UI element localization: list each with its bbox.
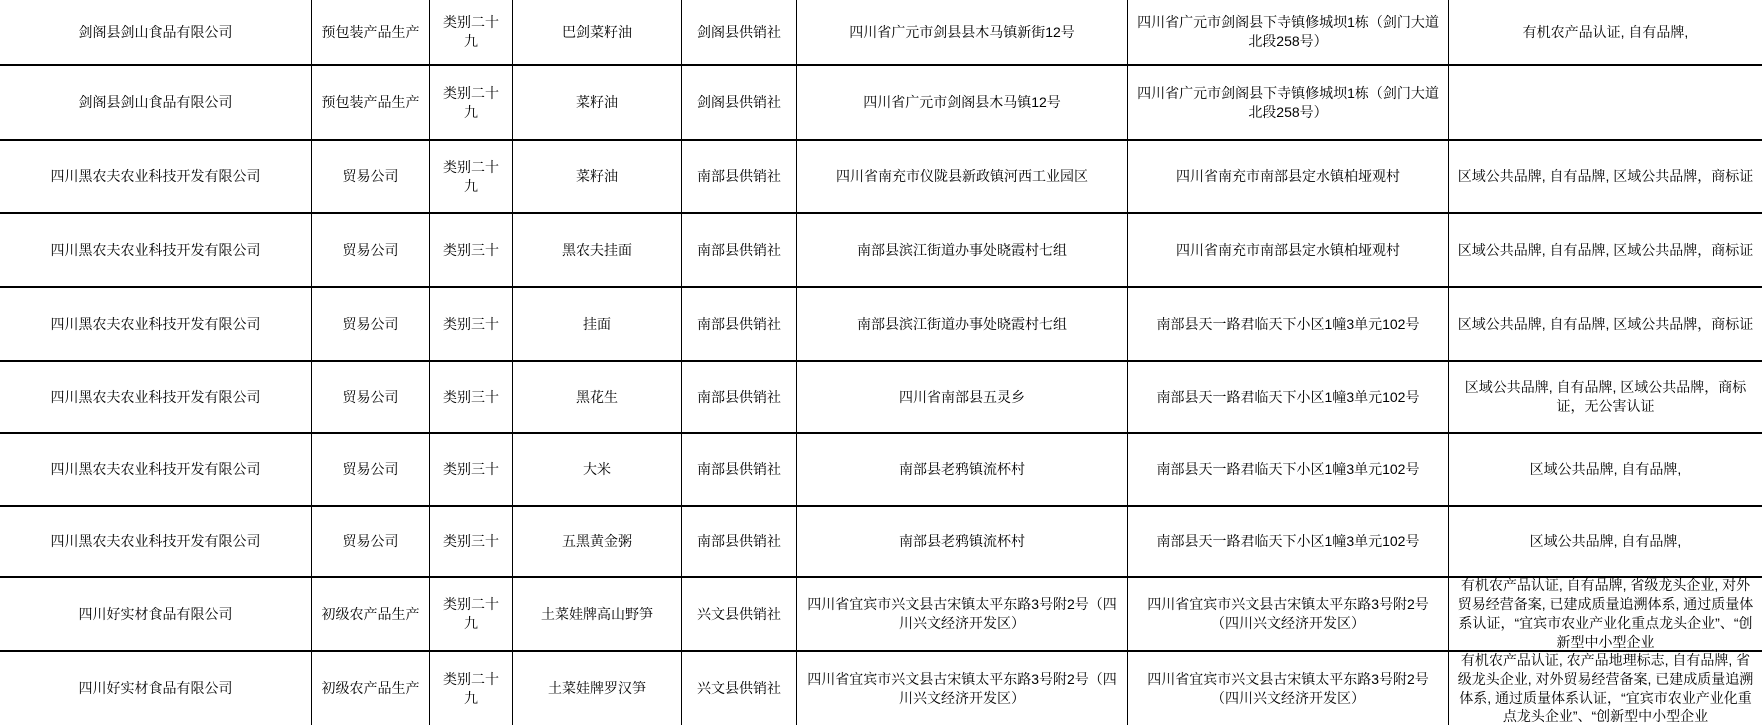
cell-cooperative: 南部县供销社 <box>682 141 797 212</box>
cell-certifications: 有机农产品认证, 自有品牌, 省级龙头企业, 对外贸易经营备案, 已建成质量追溯… <box>1449 578 1762 650</box>
cell-product-name: 菜籽油 <box>513 66 682 139</box>
cell-certifications: 区域公共品牌, 自有品牌, <box>1449 434 1762 505</box>
cell-product-name: 五黑黄金粥 <box>513 507 682 576</box>
cell-company: 四川黑农夫农业科技开发有限公司 <box>0 141 312 212</box>
cell-address-1: 四川省广元市剑阁县木马镇12号 <box>797 66 1128 139</box>
cell-address-1: 四川省广元市剑县县木马镇新街12号 <box>797 0 1128 64</box>
cell-company: 四川黑农夫农业科技开发有限公司 <box>0 288 312 360</box>
cell-certifications: 区域公共品牌, 自有品牌, 区域公共品牌，商标证，无公害认证 <box>1449 362 1762 432</box>
table-row: 四川黑农夫农业科技开发有限公司贸易公司类别三十黑农夫挂面南部县供销社南部县滨江街… <box>0 214 1762 288</box>
table-row: 四川黑农夫农业科技开发有限公司贸易公司类别三十黑花生南部县供销社四川省南部县五灵… <box>0 362 1762 434</box>
cell-category: 类别三十 <box>430 288 513 360</box>
cell-product-name: 土菜娃牌罗汉笋 <box>513 652 682 725</box>
cell-product-name: 巴剑菜籽油 <box>513 0 682 64</box>
cell-address-1: 南部县老鸦镇流杯村 <box>797 434 1128 505</box>
cell-address-1: 南部县老鸦镇流杯村 <box>797 507 1128 576</box>
cell-address-2: 四川省南充市南部县定水镇柏垭观村 <box>1128 141 1449 212</box>
cell-address-1: 南部县滨江街道办事处晓霞村七组 <box>797 214 1128 286</box>
table-row: 四川黑农夫农业科技开发有限公司贸易公司类别二十九菜籽油南部县供销社四川省南充市仪… <box>0 141 1762 214</box>
cell-address-2: 四川省宜宾市兴文县古宋镇太平东路3号附2号（四川兴文经济开发区） <box>1128 652 1449 725</box>
cell-production-type: 预包装产品生产 <box>312 0 430 64</box>
cell-company: 四川黑农夫农业科技开发有限公司 <box>0 214 312 286</box>
cell-production-type: 贸易公司 <box>312 507 430 576</box>
cell-cooperative: 兴文县供销社 <box>682 578 797 650</box>
table-row: 四川黑农夫农业科技开发有限公司贸易公司类别三十挂面南部县供销社南部县滨江街道办事… <box>0 288 1762 362</box>
cell-category: 类别三十 <box>430 214 513 286</box>
cell-production-type: 贸易公司 <box>312 214 430 286</box>
cell-company: 四川好实材食品有限公司 <box>0 652 312 725</box>
cell-address-1: 四川省宜宾市兴文县古宋镇太平东路3号附2号（四川兴文经济开发区） <box>797 578 1128 650</box>
cell-cooperative: 南部县供销社 <box>682 214 797 286</box>
cell-production-type: 贸易公司 <box>312 288 430 360</box>
cell-product-name: 挂面 <box>513 288 682 360</box>
cell-address-2: 四川省广元市剑阁县下寺镇修城坝1栋（剑门大道北段258号） <box>1128 0 1449 64</box>
cell-certifications: 区域公共品牌, 自有品牌, 区域公共品牌，商标证 <box>1449 288 1762 360</box>
cell-company: 四川黑农夫农业科技开发有限公司 <box>0 362 312 432</box>
cell-company: 四川好实材食品有限公司 <box>0 578 312 650</box>
cell-product-name: 大米 <box>513 434 682 505</box>
cell-address-2: 南部县天一路君临天下小区1幢3单元102号 <box>1128 434 1449 505</box>
cell-company: 剑阁县剑山食品有限公司 <box>0 0 312 64</box>
cell-address-2: 南部县天一路君临天下小区1幢3单元102号 <box>1128 288 1449 360</box>
cell-category: 类别二十九 <box>430 141 513 212</box>
cell-company: 四川黑农夫农业科技开发有限公司 <box>0 507 312 576</box>
cell-category: 类别三十 <box>430 362 513 432</box>
cell-cooperative: 南部县供销社 <box>682 507 797 576</box>
cell-production-type: 初级农产品生产 <box>312 578 430 650</box>
table-row: 剑阁县剑山食品有限公司预包装产品生产类别二十九菜籽油剑阁县供销社四川省广元市剑阁… <box>0 66 1762 141</box>
cell-address-2: 四川省广元市剑阁县下寺镇修城坝1栋（剑门大道北段258号） <box>1128 66 1449 139</box>
cell-category: 类别二十九 <box>430 652 513 725</box>
cell-product-name: 黑花生 <box>513 362 682 432</box>
cell-cooperative: 南部县供销社 <box>682 362 797 432</box>
products-table: 剑阁县剑山食品有限公司预包装产品生产类别二十九巴剑菜籽油剑阁县供销社四川省广元市… <box>0 0 1762 725</box>
cell-address-1: 四川省南部县五灵乡 <box>797 362 1128 432</box>
cell-certifications: 区域公共品牌, 自有品牌, 区域公共品牌，商标证 <box>1449 141 1762 212</box>
cell-production-type: 贸易公司 <box>312 434 430 505</box>
cell-product-name: 土菜娃牌高山野笋 <box>513 578 682 650</box>
cell-cooperative: 南部县供销社 <box>682 434 797 505</box>
cell-address-2: 四川省南充市南部县定水镇柏垭观村 <box>1128 214 1449 286</box>
table-row: 四川黑农夫农业科技开发有限公司贸易公司类别三十大米南部县供销社南部县老鸦镇流杯村… <box>0 434 1762 507</box>
cell-production-type: 初级农产品生产 <box>312 652 430 725</box>
table-row: 剑阁县剑山食品有限公司预包装产品生产类别二十九巴剑菜籽油剑阁县供销社四川省广元市… <box>0 0 1762 66</box>
cell-company: 剑阁县剑山食品有限公司 <box>0 66 312 139</box>
cell-certifications: 区域公共品牌, 自有品牌, <box>1449 507 1762 576</box>
cell-cooperative: 兴文县供销社 <box>682 652 797 725</box>
table-row: 四川好实材食品有限公司初级农产品生产类别二十九土菜娃牌罗汉笋兴文县供销社四川省宜… <box>0 652 1762 725</box>
cell-category: 类别二十九 <box>430 66 513 139</box>
cell-address-2: 四川省宜宾市兴文县古宋镇太平东路3号附2号（四川兴文经济开发区） <box>1128 578 1449 650</box>
cell-address-1: 四川省南充市仪陇县新政镇河西工业园区 <box>797 141 1128 212</box>
cell-certifications: 有机农产品认证, 农产品地理标志, 自有品牌, 省级龙头企业, 对外贸易经营备案… <box>1449 652 1762 725</box>
cell-certifications: 有机农产品认证, 自有品牌, <box>1449 0 1762 64</box>
cell-production-type: 贸易公司 <box>312 362 430 432</box>
cell-certifications <box>1449 66 1762 139</box>
cell-cooperative: 剑阁县供销社 <box>682 0 797 64</box>
cell-production-type: 预包装产品生产 <box>312 66 430 139</box>
cell-cooperative: 南部县供销社 <box>682 288 797 360</box>
cell-address-1: 四川省宜宾市兴文县古宋镇太平东路3号附2号（四川兴文经济开发区） <box>797 652 1128 725</box>
cell-category: 类别三十 <box>430 434 513 505</box>
table-row: 四川好实材食品有限公司初级农产品生产类别二十九土菜娃牌高山野笋兴文县供销社四川省… <box>0 578 1762 652</box>
cell-product-name: 菜籽油 <box>513 141 682 212</box>
cell-category: 类别三十 <box>430 507 513 576</box>
cell-category: 类别二十九 <box>430 0 513 64</box>
cell-address-2: 南部县天一路君临天下小区1幢3单元102号 <box>1128 507 1449 576</box>
cell-address-1: 南部县滨江街道办事处晓霞村七组 <box>797 288 1128 360</box>
cell-company: 四川黑农夫农业科技开发有限公司 <box>0 434 312 505</box>
cell-category: 类别二十九 <box>430 578 513 650</box>
cell-certifications: 区域公共品牌, 自有品牌, 区域公共品牌，商标证 <box>1449 214 1762 286</box>
table-row: 四川黑农夫农业科技开发有限公司贸易公司类别三十五黑黄金粥南部县供销社南部县老鸦镇… <box>0 507 1762 578</box>
cell-product-name: 黑农夫挂面 <box>513 214 682 286</box>
cell-cooperative: 剑阁县供销社 <box>682 66 797 139</box>
cell-production-type: 贸易公司 <box>312 141 430 212</box>
cell-address-2: 南部县天一路君临天下小区1幢3单元102号 <box>1128 362 1449 432</box>
